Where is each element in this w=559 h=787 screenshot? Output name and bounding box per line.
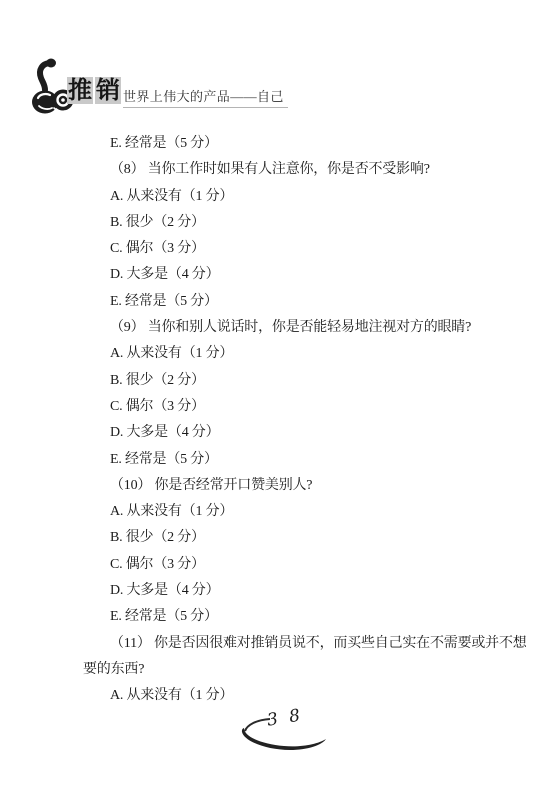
text-line-option: C. 偶尔（3 分） [83,236,543,262]
title-char: 销 [95,77,121,104]
text-line-option: A. 从来没有（1 分） [83,184,543,210]
text-line-option: D. 大多是（4 分） [83,578,543,604]
text-line-option: E. 经常是（5 分） [83,131,543,157]
text-line-option: B. 很少（2 分） [83,368,543,394]
text-line-option: D. 大多是（4 分） [83,420,543,446]
text-line-question: （9） 当你和别人说话时，你是否能轻易地注视对方的眼睛? [83,315,543,341]
text-line-option: A. 从来没有（1 分） [83,683,543,709]
text-line-option: A. 从来没有（1 分） [83,341,543,367]
page-header-title: 推 销 [67,77,121,104]
text-line-option: A. 从来没有（1 分） [83,499,543,525]
text-line-question: （8） 当你工作时如果有人注意你，你是否不受影响? [83,157,543,183]
text-line-option: E. 经常是（5 分） [83,604,543,630]
book-page: 推 销 世界上伟大的产品——自己 E. 经常是（5 分）（8） 当你工作时如果有… [0,0,559,787]
title-char: 推 [67,77,93,104]
page-header-subtitle: 世界上伟大的产品——自己 [123,86,284,105]
questionnaire-lines: E. 经常是（5 分）（8） 当你工作时如果有人注意你，你是否不受影响?A. 从… [83,131,543,710]
page-footer: 3 8 [236,707,332,753]
text-line-option: D. 大多是（4 分） [83,262,543,288]
text-line-option: E. 经常是（5 分） [83,289,543,315]
text-line-option: C. 偶尔（3 分） [83,394,543,420]
page-header: 推 销 世界上伟大的产品——自己 [0,0,559,120]
header-underline [123,107,288,108]
text-line-option: C. 偶尔（3 分） [83,552,543,578]
text-line-question: （10） 你是否经常开口赞美别人? [83,473,543,499]
text-line-option: B. 很少（2 分） [83,525,543,551]
text-line-question: （11） 你是否因很难对推销员说不，而买些自己实在不需要或并不想 [83,631,543,657]
text-line-option: B. 很少（2 分） [83,210,543,236]
text-line-option: E. 经常是（5 分） [83,447,543,473]
text-line-continuation: 要的东西? [83,657,543,683]
